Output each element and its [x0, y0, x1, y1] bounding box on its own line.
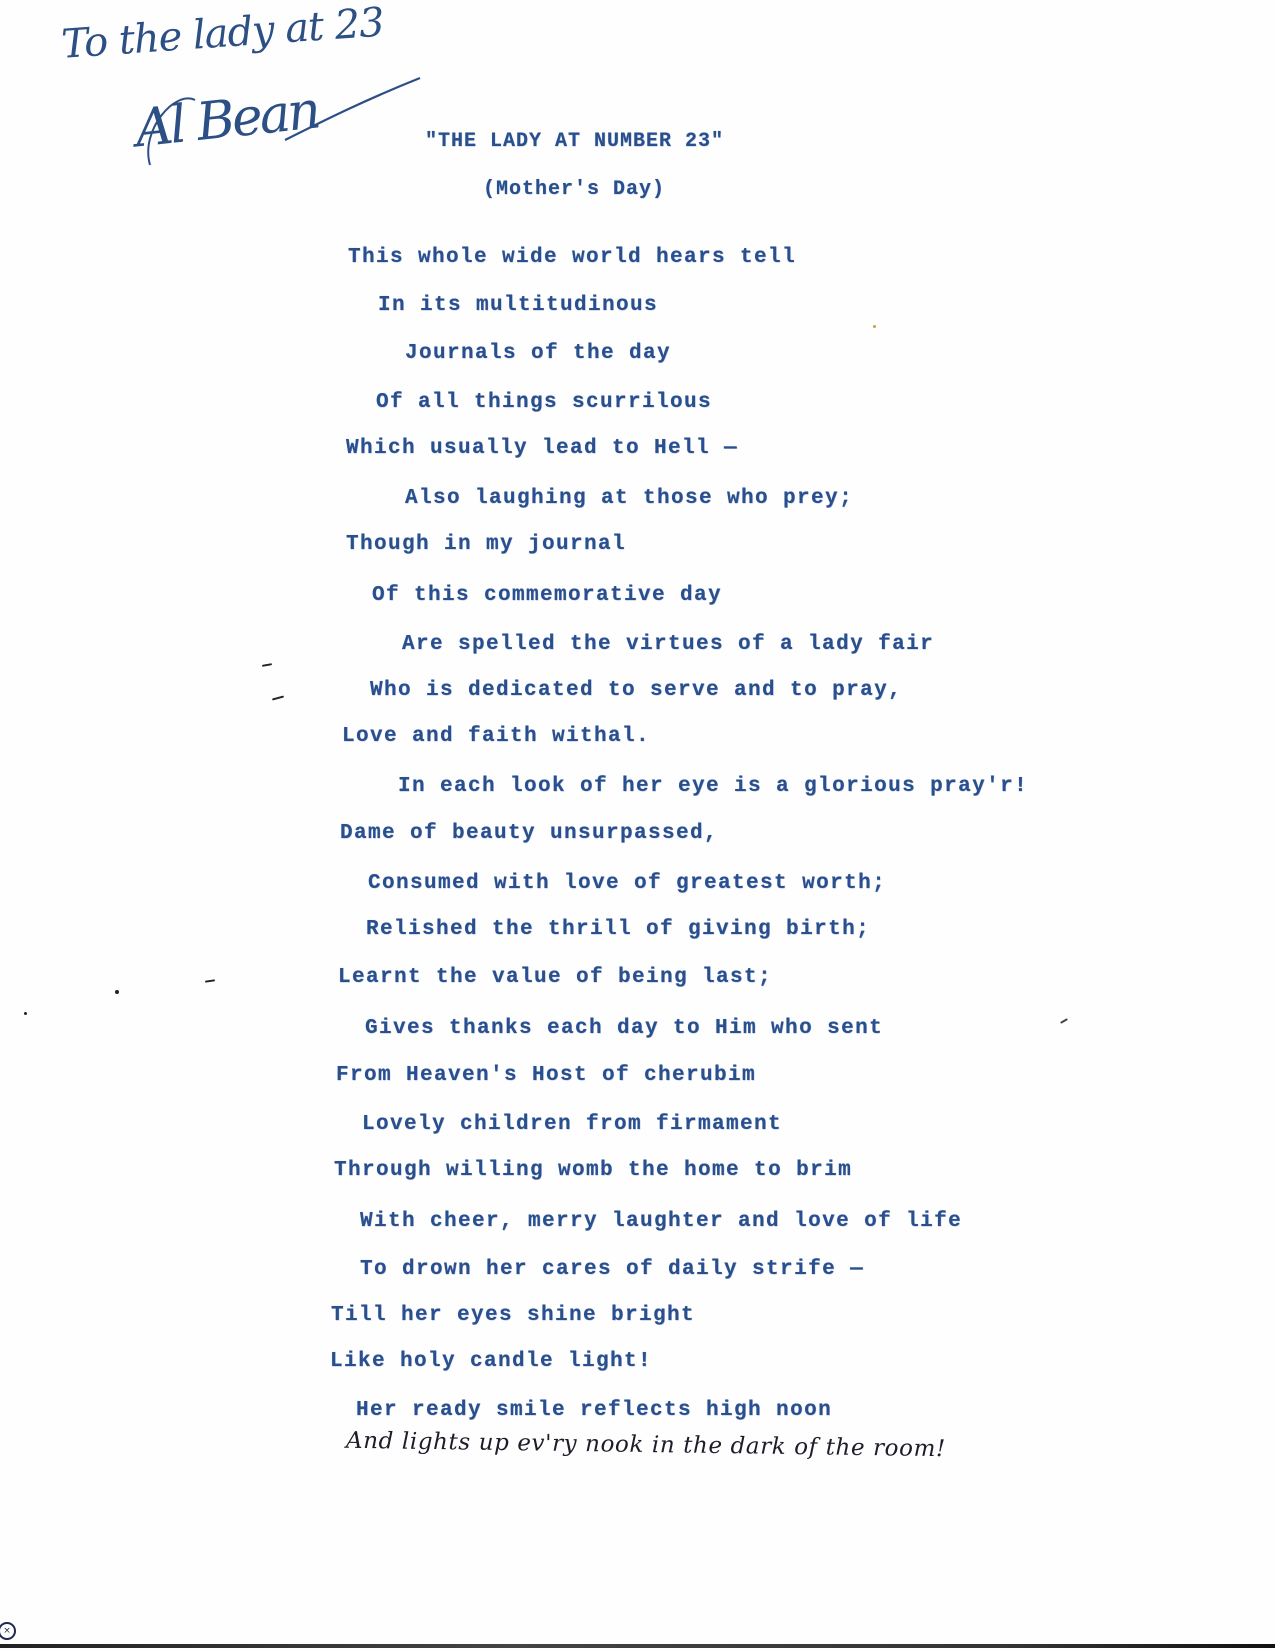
scan-speck — [24, 1012, 27, 1015]
poem-line: This whole wide world hears tell — [348, 246, 796, 269]
poem-line: Which usually lead to Hell — — [346, 437, 738, 460]
handwritten-dedication: To the lady at 23 — [60, 0, 385, 68]
poem-line: From Heaven's Host of cherubim — [336, 1064, 756, 1087]
corner-mark-icon: × — [0, 1622, 16, 1640]
poem-line: Dame of beauty unsurpassed, — [340, 822, 718, 845]
poem-line: Like holy candle light! — [330, 1350, 652, 1373]
signature: Al Bean — [135, 70, 435, 180]
poem-line: Love and faith withal. — [342, 725, 650, 748]
scan-speck — [272, 695, 284, 700]
poem-line: Till her eyes shine bright — [331, 1304, 695, 1327]
poem-line: Relished the thrill of giving birth; — [366, 918, 870, 941]
scan-speck — [262, 663, 272, 667]
poem-line: Lovely children from firmament — [362, 1113, 782, 1136]
scan-speck — [115, 990, 119, 994]
poem-title: "THE LADY AT NUMBER 23" — [425, 130, 724, 153]
poem-line: To drown her cares of daily strife — — [360, 1258, 864, 1281]
signature-flourish-icon — [135, 70, 435, 180]
scan-speck — [205, 979, 215, 982]
poem-subtitle: (Mother's Day) — [483, 178, 665, 201]
poem-line: Though in my journal — [346, 533, 626, 556]
poem-line: Of all things scurrilous — [376, 391, 712, 414]
poem-line: Who is dedicated to serve and to pray, — [370, 679, 902, 702]
poem-line: Consumed with love of greatest worth; — [368, 872, 886, 895]
scan-speck — [1060, 1018, 1068, 1024]
poem-line: Her ready smile reflects high noon — [356, 1399, 832, 1422]
poem-line: In its multitudinous — [378, 294, 658, 317]
poem-line: Journals of the day — [405, 342, 671, 365]
scan-speck — [873, 325, 876, 328]
poem-line: Through willing womb the home to brim — [334, 1159, 852, 1182]
poem-line: Also laughing at those who prey; — [405, 487, 853, 510]
poem-line: Of this commemorative day — [372, 584, 722, 607]
poem-line: Learnt the value of being last; — [338, 966, 772, 989]
scanned-page: To the lady at 23 Al Bean "THE LADY AT N… — [0, 0, 1275, 1650]
handwritten-final-line: And lights up ev'ry nook in the dark of … — [346, 1428, 946, 1462]
poem-line: With cheer, merry laughter and love of l… — [360, 1210, 962, 1233]
poem-line: Are spelled the virtues of a lady fair — [402, 633, 934, 656]
page-edge-rule — [0, 1644, 1275, 1648]
poem-line: Gives thanks each day to Him who sent — [365, 1017, 883, 1040]
poem-line: In each look of her eye is a glorious pr… — [398, 775, 1028, 798]
